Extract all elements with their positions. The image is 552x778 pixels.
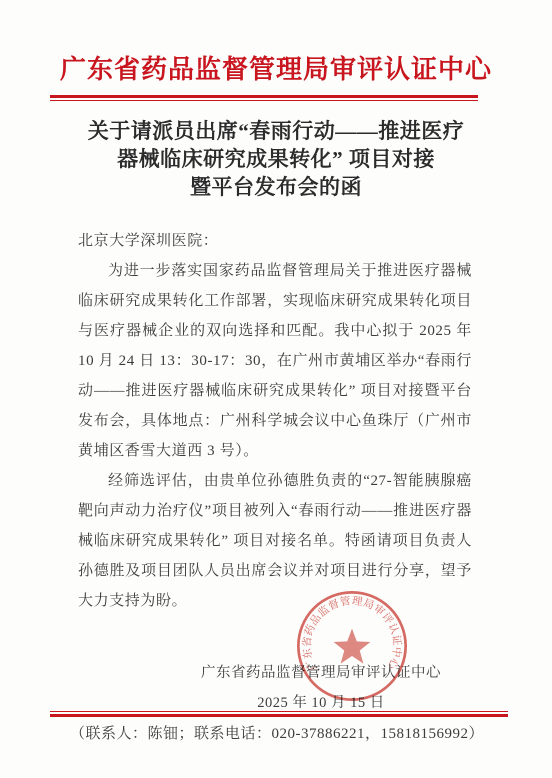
document-title-line-2: 器械临床研究成果转化” 项目对接 — [0, 145, 552, 173]
signature-block: 广东省药品监督管理局审评认证中心 2025 年 10 月 15 日 — [171, 658, 471, 718]
body-paragraph-1: 为进一步落实国家药品监督管理局关于推进医疗器械临床研究成果转化工作部署，实现临床… — [78, 256, 472, 466]
body-paragraph-2: 经筛选评估，由贵单位孙德胜负责的“27-智能胰腺癌靶向声动力治疗仪”项目被列入“… — [78, 466, 472, 616]
document-title-line-3: 暨平台发布会的函 — [0, 173, 552, 201]
letterhead-org-name: 广东省药品监督管理局审评认证中心 — [0, 54, 552, 86]
letterhead-divider-rule — [50, 95, 478, 101]
signature-org-name: 广东省药品监督管理局审评认证中心 — [171, 658, 471, 688]
salutation: 北京大学深圳医院： — [78, 226, 472, 256]
document-title: 关于请派员出席“春雨行动——推进医疗 器械临床研究成果转化” 项目对接 暨平台发… — [0, 117, 552, 201]
footer-divider-rule — [50, 711, 508, 717]
document-title-line-1: 关于请派员出席“春雨行动——推进医疗 — [0, 117, 552, 145]
contact-line: （联系人：陈钿；联系电话：020-37886221，15818156992） — [70, 721, 552, 747]
letter-body: 北京大学深圳医院： 为进一步落实国家药品监督管理局关于推进医疗器械临床研究成果转… — [78, 226, 472, 616]
letterhead: 广东省药品监督管理局审评认证中心 — [0, 0, 552, 101]
document-page: 广东省药品监督管理局审评认证中心 关于请派员出席“春雨行动——推进医疗 器械临床… — [0, 0, 552, 778]
